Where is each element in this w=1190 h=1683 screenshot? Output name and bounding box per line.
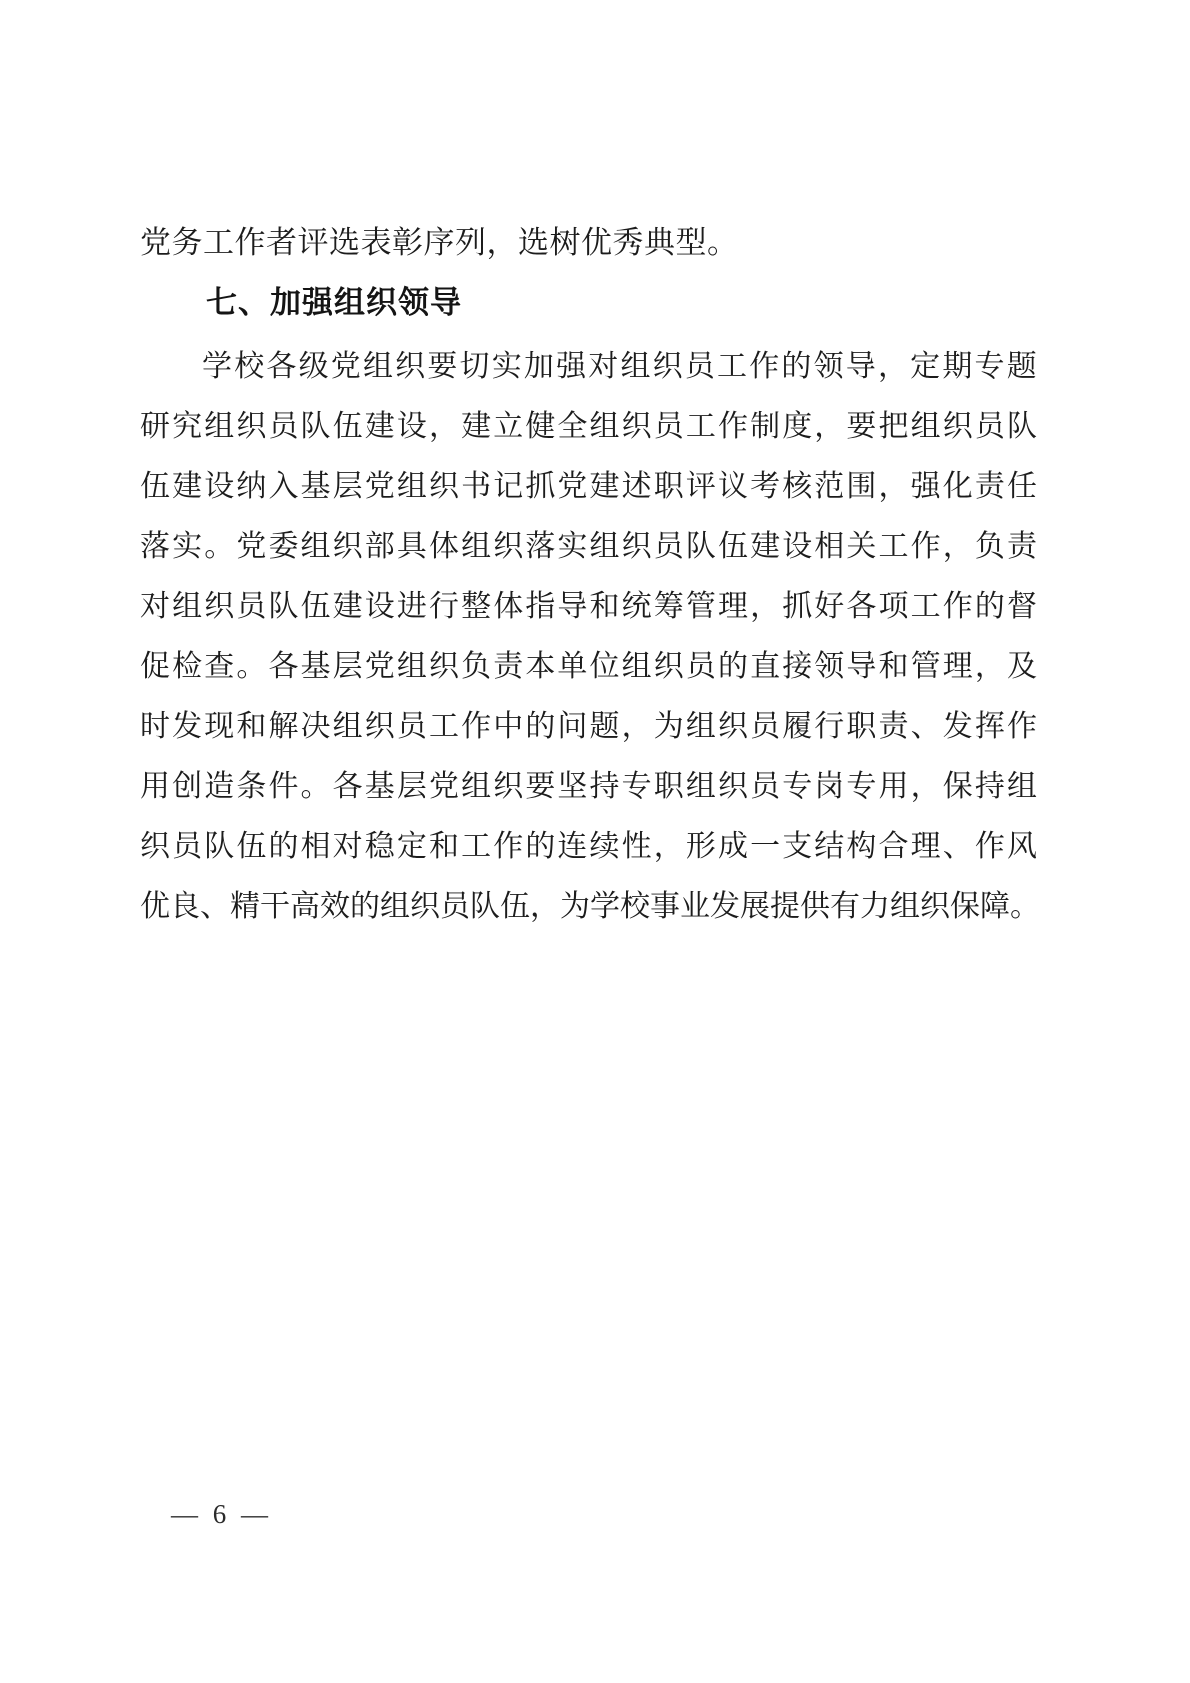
document-page: 党务工作者评选表彰序列，选树优秀典型。 七、加强组织领导 学校各级党组织要切实加…	[0, 0, 1190, 1683]
paragraph-line: 织员队伍的相对稳定和工作的连续性，形成一支结构合理、作风	[140, 813, 1037, 873]
paragraph-line: 学校各级党组织要切实加强对组织员工作的领导，定期专题	[140, 333, 1037, 393]
paragraph-continuation-line: 党务工作者评选表彰序列，选树优秀典型。	[140, 213, 1037, 273]
paragraph-line: 时发现和解决组织员工作中的问题，为组织员履行职责、发挥作	[140, 693, 1037, 753]
paragraph-line: 优良、精干高效的组织员队伍，为学校事业发展提供有力组织保障。	[140, 873, 1037, 933]
document-body: 党务工作者评选表彰序列，选树优秀典型。 七、加强组织领导 学校各级党组织要切实加…	[140, 213, 1037, 933]
paragraph-line: 用创造条件。各基层党组织要坚持专职组织员专岗专用，保持组	[140, 753, 1037, 813]
section-heading: 七、加强组织领导	[140, 273, 1037, 333]
page-number: — 6 —	[171, 1499, 272, 1530]
paragraph-line: 促检查。各基层党组织负责本单位组织员的直接领导和管理，及	[140, 633, 1037, 693]
paragraph-line: 落实。党委组织部具体组织落实组织员队伍建设相关工作，负责	[140, 513, 1037, 573]
paragraph-line: 研究组织员队伍建设，建立健全组织员工作制度，要把组织员队	[140, 393, 1037, 453]
paragraph-line: 伍建设纳入基层党组织书记抓党建述职评议考核范围，强化责任	[140, 453, 1037, 513]
paragraph-line: 对组织员队伍建设进行整体指导和统筹管理，抓好各项工作的督	[140, 573, 1037, 633]
